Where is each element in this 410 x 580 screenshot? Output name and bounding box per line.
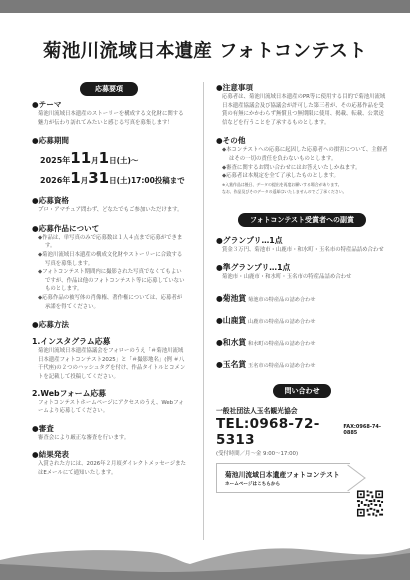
works-bullet-3: ◆フォトコンテスト期間内に撮影された写真でなくてもよいですが、作品は他のフォトコ… [32, 268, 186, 294]
semi-prize-body: 菊池市・山鹿市・和水町・玉名市の特産品詰め合わせ [216, 273, 388, 282]
notes-heading: ●注意事項 [216, 82, 388, 93]
award-nagomi: ●和水賞 和水町の特産品の詰め合わせ [216, 337, 388, 348]
section-pill-guidelines: 応募要項 [80, 82, 138, 96]
theme-heading: ●テーマ [32, 99, 186, 110]
left-column: 応募要項 ●テーマ 菊池川流域日本遺産のストーリーを構成する文化財に関する魅力が… [32, 82, 186, 477]
top-bar [0, 0, 410, 13]
contact-tel[interactable]: TEL:0968-72-5313 [216, 416, 339, 448]
homepage-link-title: 菊池川流域日本遺産フォトコンテスト [225, 469, 350, 479]
webform-body: フォトコンテストホームページにアクセスのうえ、Webフォームより応募してください… [32, 399, 186, 416]
other-bullet-1: ◆本コンテストへの応募に起因した応募者への損害について、主催者はその一切の責任を… [216, 146, 388, 163]
contact-hours: (受付時間／月～金 9:00～17:00) [216, 449, 388, 457]
results-body: 入賞された方には、2026年２月頃ダイレクトメッセージまたはEメールにて通知いた… [32, 460, 186, 477]
notes-body: 応募者は、菊池川流域日本遺産のPR等に使用する目的で菊池川流域日本遺産協議会及び… [216, 93, 388, 127]
grand-prize-body: 賞金３万円、菊池市・山鹿市・和水町・玉名市の特産品詰め合わせ [216, 246, 388, 255]
period-heading: ●応募期間 [32, 135, 186, 146]
judging-body: 審査会により厳正な審査を行います。 [32, 434, 186, 443]
judging-heading: ●審査 [32, 423, 186, 434]
contact-org: 一般社団法人玉名観光協会 [216, 405, 388, 415]
webform-heading: 2.Webフォーム応募 [32, 388, 186, 399]
qr-code-icon[interactable] [356, 489, 384, 518]
decorative-waves [0, 540, 410, 580]
right-column: ●注意事項 応募者は、菊池川流域日本遺産のPR等に使用する目的で菊池川流域日本遺… [216, 82, 388, 493]
period-end: 2026年1月31日(土)17:00投稿まで [32, 168, 186, 187]
works-heading: ●応募作品について [32, 223, 186, 234]
other-heading: ●その他 [216, 135, 388, 146]
theme-body: 菊池川流域日本遺産のストーリーを構成する文化財に関する魅力が伝わり訪れてみたいと… [32, 110, 186, 127]
fine-print-2: なお、作品及びそのデータの返却はいたしませんのでご了承ください。 [216, 189, 388, 195]
eligibility-heading: ●応募資格 [32, 195, 186, 206]
semi-prize-heading: ●準グランプリ…1点 [216, 262, 388, 273]
homepage-link[interactable]: 菊池川流域日本遺産フォトコンテスト ホームページはこちらから [216, 463, 350, 493]
other-bullet-2: ◆審査に関するお問い合わせにはお答えいたしかねます。 [216, 164, 388, 173]
section-pill-prizes: フォトコンテスト受賞者への副賞 [238, 213, 366, 227]
other-bullet-3: ◆応募者は本規定を全て了承したものとします。 [216, 172, 388, 181]
instagram-heading: 1.インスタグラム応募 [32, 336, 186, 347]
period-start: 2025年11月1日(土)～ [32, 148, 186, 167]
works-bullet-4: ◆応募作品の被写体の肖像権、著作権については、応募者が承諾を得てください。 [32, 294, 186, 311]
works-bullet-2: ◆菊池川流域日本遺産の構成文化財やストーリーに合致する写真を募集します。 [32, 251, 186, 268]
contact-phone-row: TEL:0968-72-5313 FAX:0968-74-0885 [216, 416, 388, 448]
award-yamaga: ●山鹿賞 山鹿市の特産品の詰め合わせ [216, 315, 388, 326]
results-heading: ●結果発表 [32, 449, 186, 460]
grand-prize-heading: ●グランプリ…1点 [216, 235, 388, 246]
method-heading: ●応募方法 [32, 319, 186, 330]
contact-fax: FAX:0968-74-0885 [343, 424, 388, 436]
page-title: 菊池川流域日本遺産 フォトコンテスト [0, 37, 410, 63]
eligibility-body: プロ・アマチュア問わず、どなたでもご参加いただけます。 [32, 206, 186, 215]
works-bullet-1: ◆作品は、単写真のみで応募数は１人４点まで応募ができます。 [32, 234, 186, 251]
award-kikuchi: ●菊池賞 菊池市の特産品の詰め合わせ [216, 293, 388, 304]
section-pill-contact: 問い合わせ [273, 384, 331, 398]
instagram-body: 菊池川流域日本遺産協議会をフォローのうえ「＃菊池川流域日本遺産フォトコンテスト2… [32, 347, 186, 381]
award-tamana: ●玉名賞 玉名市の特産品の詰め合わせ [216, 359, 388, 370]
homepage-link-sub: ホームページはこちらから [225, 481, 350, 487]
fine-print-1: ※入賞作品は後日、データの提出を再度お願いする場合があります。 [216, 182, 388, 188]
column-divider [203, 82, 204, 540]
